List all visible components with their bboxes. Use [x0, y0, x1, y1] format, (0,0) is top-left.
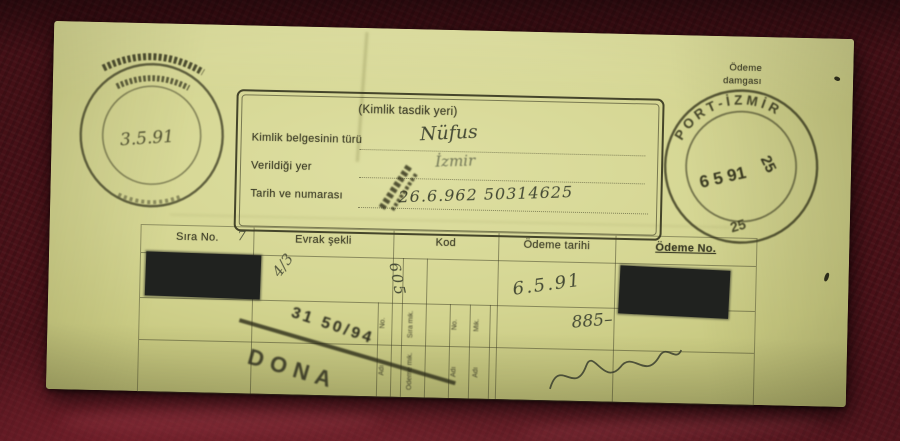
left-postmark-date: 3.5.91 [119, 127, 174, 150]
redaction-box-left [145, 251, 262, 299]
left-postmark-stamp: 3.5.91 [66, 33, 240, 222]
right-postmark-stamp: PORT-İZMİR 6 5 91 25 25 [657, 83, 825, 251]
diagonal-stamp-line2: DONA [245, 344, 341, 395]
right-postmark-side-number: 25 [757, 153, 780, 176]
ink-speck [823, 272, 830, 282]
rotated-sub-label: Adı [472, 351, 488, 395]
grid-line [468, 304, 471, 398]
rotated-sub-label: No. [379, 304, 395, 342]
right-postmark-date: 6 5 91 [698, 163, 748, 192]
handwritten-kod: 605 [385, 261, 409, 298]
identity-box: (Kimlik tasdik yeri) Kimlik belgesinin t… [234, 89, 665, 241]
right-postmark-bottom-number: 25 [728, 216, 748, 236]
id-row-value-belge-turu: Nüfus [419, 121, 478, 146]
id-row-label-belge-turu: Kimlik belgesinin türü [252, 131, 363, 146]
small-diagonal-stamp-smudge [368, 154, 429, 221]
odeme-damgasi-label-line1: Ödeme [729, 62, 762, 74]
id-row-value-verildigi-yer: İzmir [435, 152, 476, 171]
identity-box-title: (Kimlik tasdik yeri) [358, 104, 458, 118]
col-header-evrak-sekli: Evrak şekli [253, 233, 393, 248]
rotated-sub-label: Adı [450, 348, 466, 396]
rotated-sub-label: No. [451, 306, 467, 344]
rotated-sub-label: Adı [378, 348, 394, 392]
receipt-paper: 3.5.91 Ödeme damgası PORT-İZMİR 6 5 91 2… [46, 21, 854, 407]
photo-of-receipt: 3.5.91 Ödeme damgası PORT-İZMİR 6 5 91 2… [0, 0, 900, 441]
rotated-sub-label: Sıra mik. [407, 305, 423, 343]
rotated-sub-label: Mik. [473, 307, 489, 345]
fabric-fold [60, 408, 380, 434]
id-row-label-tarih-numara: Tarih ve numarası [250, 187, 343, 201]
redaction-box-right [618, 265, 730, 319]
grid-line [495, 233, 500, 399]
signature-scrawl [542, 338, 688, 399]
col-header-kod: Kod [393, 236, 498, 250]
id-row-label-verildigi-yer: Verildiği yer [251, 159, 312, 172]
col-header-odeme-tarihi: Ödeme tarihi [498, 238, 615, 253]
ink-speck [834, 76, 841, 82]
payment-table: Sıra No. Evrak şekli Kod Ödeme tarihi Öd… [137, 224, 758, 406]
handwritten-mark-sira-no: 7 [237, 229, 246, 244]
handwritten-amount: 885– [571, 310, 613, 333]
col-header-odeme-no: Ödeme No. [615, 241, 756, 256]
handwritten-odeme-tarihi: 6.5.91 [511, 270, 582, 300]
